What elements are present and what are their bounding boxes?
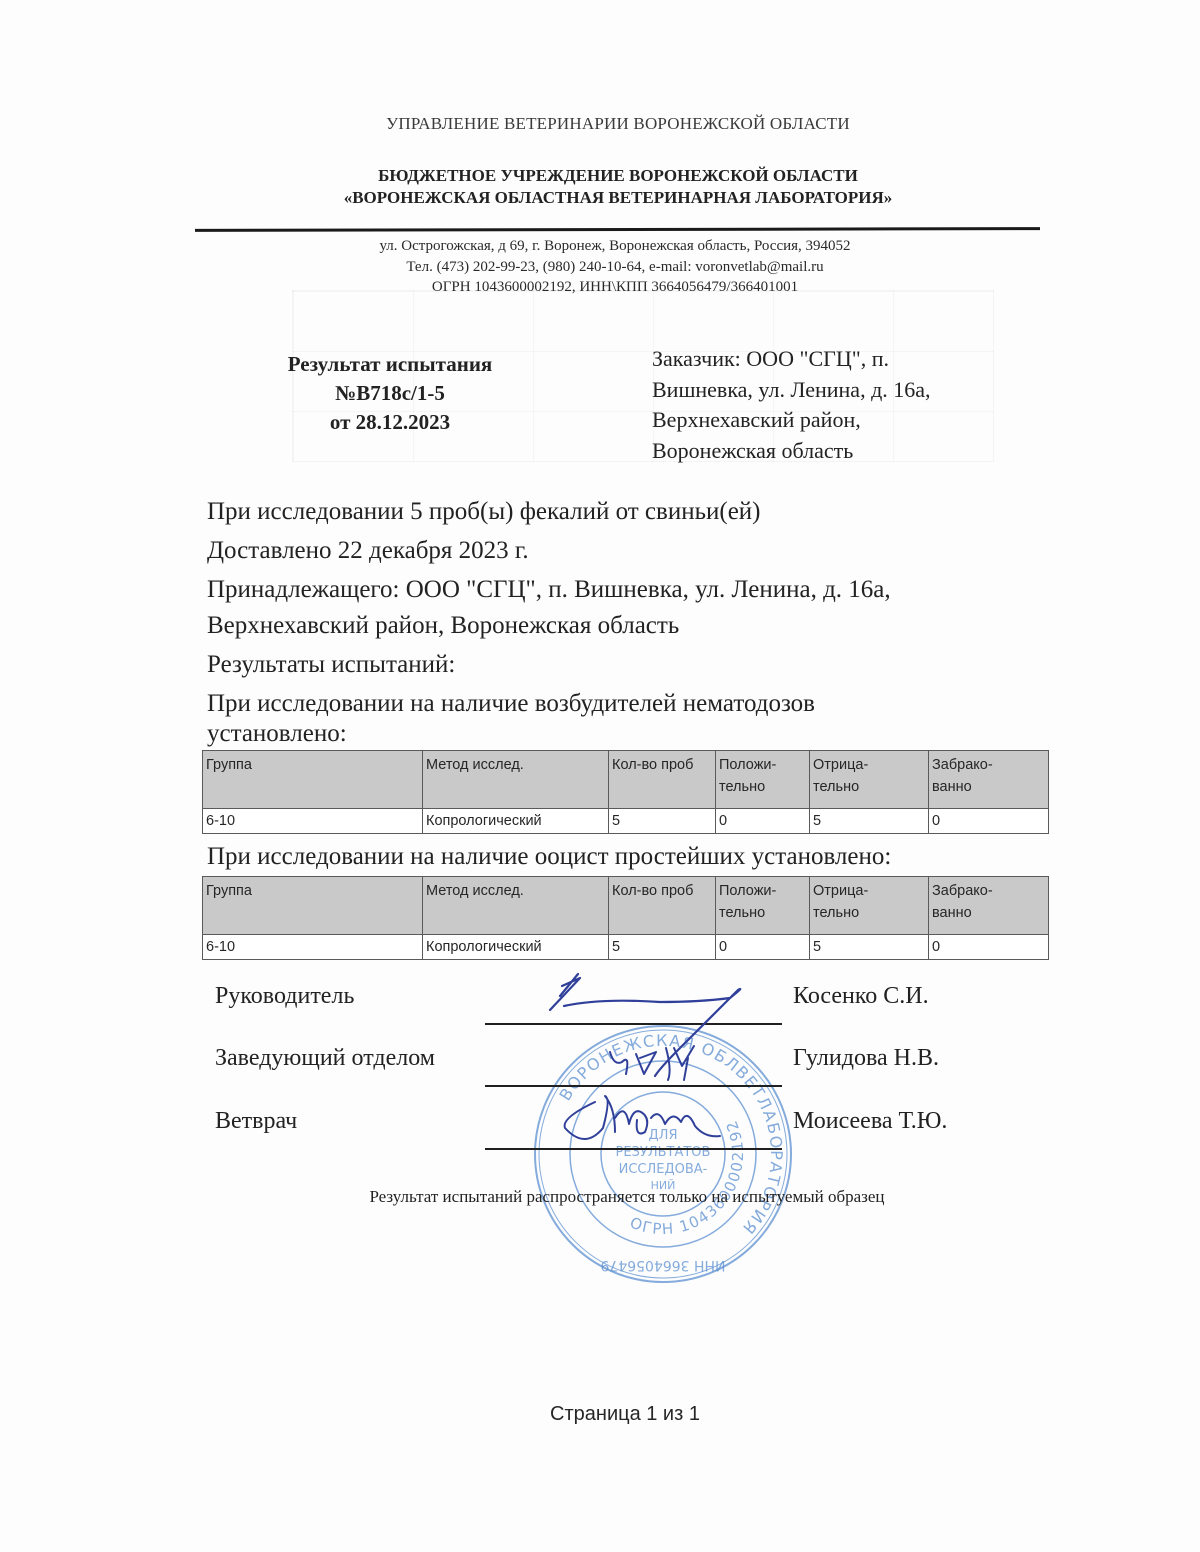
col-header-count: Кол-во проб	[609, 751, 716, 809]
col-header-positive: Положи- тельно	[716, 751, 810, 809]
signatory-role: Руководитель	[215, 983, 354, 1010]
col-header-group: Группа	[203, 751, 423, 809]
customer-line: Заказчик: ООО "СГЦ", п.	[652, 344, 982, 375]
result-title: Результат испытания	[240, 350, 540, 379]
col-header-method: Метод исслед.	[423, 877, 609, 935]
col-header-method: Метод исслед.	[423, 751, 609, 809]
results-heading: Результаты испытаний:	[207, 647, 1047, 683]
result-date: от 28.12.2023	[240, 408, 540, 437]
col-header-negative: Отрица- тельно	[810, 751, 929, 809]
signatory-name: Гулидова Н.В.	[793, 1045, 939, 1072]
signature-gulidova-icon	[600, 1040, 710, 1090]
cell-negative: 5	[810, 809, 929, 834]
owner-line-1: Принадлежащего: ООО "СГЦ", п. Вишневка, …	[207, 572, 1047, 608]
protozoa-results-table: Группа Метод исслед. Кол-во проб Положи-…	[202, 876, 1049, 960]
result-number: №B718c/1-5	[240, 379, 540, 408]
nematode-heading-1: При исследовании на наличие возбудителей…	[207, 686, 1047, 722]
cell-group: 6-10	[203, 935, 423, 960]
report-body: При исследовании 5 проб(ы) фекалий от св…	[207, 494, 1047, 747]
col-header-negative: Отрица- тельно	[810, 877, 929, 935]
table-header-row: Группа Метод исслед. Кол-во проб Положи-…	[203, 751, 1049, 809]
protozoa-heading: При исследовании на наличие ооцист прост…	[207, 843, 891, 871]
org-name-line-2: «ВОРОНЕЖСКАЯ ОБЛАСТНАЯ ВЕТЕРИНАРНАЯ ЛАБО…	[0, 187, 1200, 209]
col-header-group: Группа	[203, 877, 423, 935]
cell-rejected: 0	[929, 935, 1049, 960]
cell-group: 6-10	[203, 809, 423, 834]
ministry-header: УПРАВЛЕНИЕ ВЕТЕРИНАРИИ ВОРОНЕЖСКОЙ ОБЛАС…	[0, 114, 1200, 134]
signature-moiseeva-icon	[555, 1088, 725, 1158]
samples-line: При исследовании 5 проб(ы) фекалий от св…	[207, 494, 1047, 530]
result-title-block: Результат испытания №B718c/1-5 от 28.12.…	[240, 350, 540, 437]
customer-line: Воронежская область	[652, 436, 982, 467]
org-name-line-1: БЮДЖЕТНОЕ УЧРЕЖДЕНИЕ ВОРОНЕЖСКОЙ ОБЛАСТИ	[0, 165, 1200, 187]
organization-header: БЮДЖЕТНОЕ УЧРЕЖДЕНИЕ ВОРОНЕЖСКОЙ ОБЛАСТИ…	[0, 165, 1200, 209]
customer-block: Заказчик: ООО "СГЦ", п. Вишневка, ул. Ле…	[652, 344, 982, 466]
nematode-results-table: Группа Метод исслед. Кол-во проб Положи-…	[202, 750, 1049, 834]
cell-count: 5	[609, 809, 716, 834]
registry-numbers: ОГРН 1043600002192, ИНН\КПП 3664056479/3…	[0, 277, 1200, 298]
signatory-role: Ветврач	[215, 1108, 297, 1135]
disclaimer: Результат испытаний распространяется тол…	[0, 1187, 1200, 1207]
signatory-name: Моисеева Т.Ю.	[793, 1108, 947, 1135]
cell-method: Копрологический	[423, 935, 609, 960]
owner-line-2: Верхнехавский район, Воронежская область	[207, 608, 1047, 644]
table-row: 6-10 Копрологический 5 0 5 0	[203, 935, 1049, 960]
header-divider	[195, 227, 1040, 232]
table-header-row: Группа Метод исслед. Кол-во проб Положи-…	[203, 877, 1049, 935]
signatory-role: Заведующий отделом	[215, 1045, 435, 1072]
address: ул. Острогожская, д 69, г. Воронеж, Воро…	[0, 236, 1200, 257]
lab-report-page: УПРАВЛЕНИЕ ВЕТЕРИНАРИИ ВОРОНЕЖСКОЙ ОБЛАС…	[0, 0, 1200, 1552]
cell-positive: 0	[716, 935, 810, 960]
col-header-rejected: Забрако- ванно	[929, 751, 1049, 809]
cell-negative: 5	[810, 935, 929, 960]
svg-text:ИНН 3664056479: ИНН 3664056479	[600, 1257, 725, 1273]
delivered-line: Доставлено 22 декабря 2023 г.	[207, 533, 1047, 569]
signatory-name: Косенко С.И.	[793, 983, 929, 1010]
phones-email: Тел. (473) 202-99-23, (980) 240-10-64, e…	[0, 257, 1200, 278]
nematode-heading-2: установлено:	[207, 721, 1047, 747]
cell-count: 5	[609, 935, 716, 960]
col-header-rejected: Забрако- ванно	[929, 877, 1049, 935]
table-row: 6-10 Копрологический 5 0 5 0	[203, 809, 1049, 834]
cell-positive: 0	[716, 809, 810, 834]
cell-rejected: 0	[929, 809, 1049, 834]
customer-line: Вишневка, ул. Ленина, д. 16а,	[652, 375, 982, 406]
svg-text:ИССЛЕДОВА-: ИССЛЕДОВА-	[619, 1162, 708, 1177]
page-number: Страница 1 из 1	[0, 1403, 1200, 1426]
col-header-positive: Положи- тельно	[716, 877, 810, 935]
cell-method: Копрологический	[423, 809, 609, 834]
customer-line: Верхнехавский район,	[652, 405, 982, 436]
col-header-count: Кол-во проб	[609, 877, 716, 935]
contact-block: ул. Острогожская, д 69, г. Воронеж, Воро…	[0, 236, 1200, 298]
